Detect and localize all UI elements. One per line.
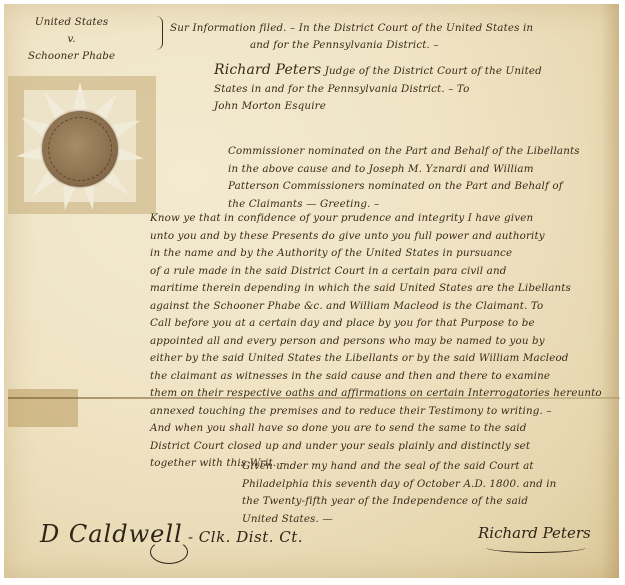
attestation-clause: Given under my hand and the seal of the … — [242, 458, 556, 528]
commissioners-line: Commissioner nominated on the Part and B… — [228, 143, 580, 161]
judge-signature: Richard Peters — [478, 524, 591, 542]
clerk-flourish — [150, 540, 188, 564]
caption-plaintiff: United States — [28, 14, 115, 31]
case-caption: United States v. Schooner Phabe — [28, 14, 115, 65]
body-line: them on their respective oaths and affir… — [150, 385, 602, 403]
attestation-line: the Twenty-fifth year of the Independenc… — [242, 493, 556, 511]
body-line: appointed all and every person and perso… — [150, 333, 602, 351]
commissioners-paragraph: Commissioner nominated on the Part and B… — [228, 143, 580, 213]
judge-flourish — [486, 542, 586, 553]
body-line: And when you shall have so done you are … — [150, 420, 602, 438]
commissioners-line: Patterson Commissioners nominated on the… — [228, 178, 580, 196]
caption-versus: v. — [28, 31, 115, 48]
seal-ring — [48, 117, 112, 181]
body-line: unto you and by these Presents do give u… — [150, 228, 602, 246]
commissioners-line: in the above cause and to Joseph M. Yzna… — [228, 161, 580, 179]
body-line: either by the said United States the Lib… — [150, 350, 602, 368]
attestation-line: Given under my hand and the seal of the … — [242, 458, 556, 476]
body-line: the claimant as witnesses in the said ca… — [150, 368, 602, 386]
body-line: Know ye that in confidence of your prude… — [150, 210, 602, 228]
body-line: in the name and by the Authority of the … — [150, 245, 602, 263]
judge-line-2: States in and for the Pennsylvania Distr… — [214, 81, 542, 99]
header-line-2: and for the Pennsylvania District. – — [250, 37, 439, 55]
body-line: Call before you at a certain day and pla… — [150, 315, 602, 333]
body-line: annexed touching the premises and to red… — [150, 403, 602, 421]
body-line: maritime therein depending in which the … — [150, 280, 602, 298]
body-line: District Court closed up and under your … — [150, 438, 602, 456]
body-line: of a rule made in the said District Cour… — [150, 263, 602, 281]
body-paragraph: Know ye that in confidence of your prude… — [150, 210, 602, 473]
caption-brace — [156, 16, 163, 50]
addressee: John Morton Esquire — [214, 98, 542, 116]
body-line: against the Schooner Phabe &c. and Willi… — [150, 298, 602, 316]
attestation-line: Philadelphia this seventh day of October… — [242, 476, 556, 494]
judge-address: Richard Peters Judge of the District Cou… — [214, 62, 542, 116]
judge-line-1: Richard Peters Judge of the District Cou… — [214, 62, 542, 81]
header-line-1: Sur Information filed. – In the District… — [170, 20, 533, 38]
caption-defendant: Schooner Phabe — [28, 48, 115, 65]
judge-name: Richard Peters — [214, 62, 321, 78]
tape-stain — [8, 389, 78, 427]
